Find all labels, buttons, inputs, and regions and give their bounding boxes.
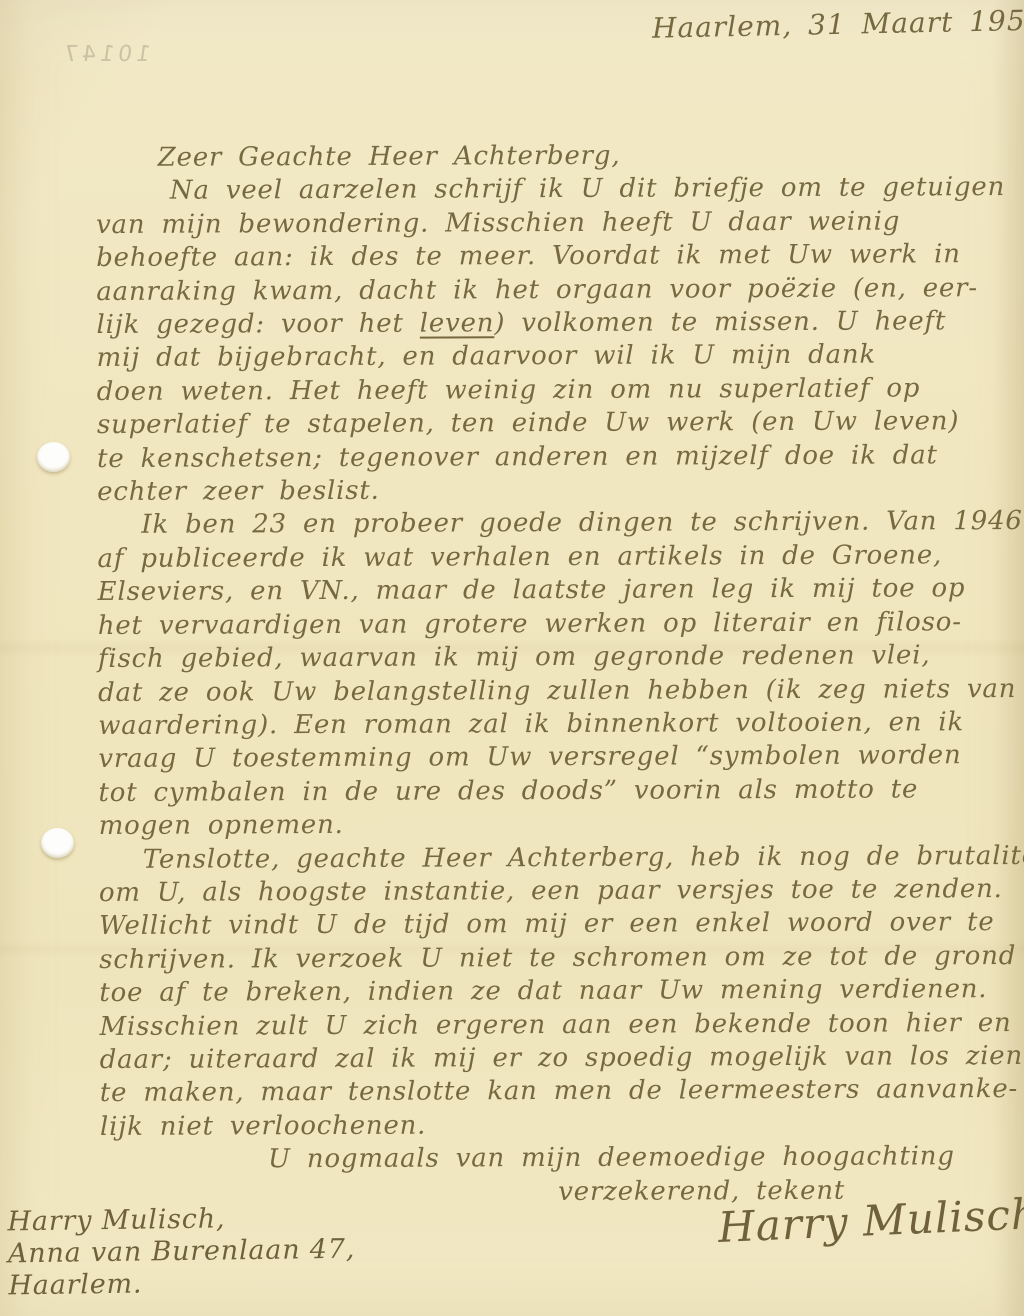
letter-line: Tenslotte, geachte Heer Achterberg, heb … (143, 840, 1017, 877)
underlined-word: leven (420, 308, 495, 338)
date-line: Haarlem, 31 Maart 1951 (652, 4, 1013, 45)
punch-hole-bottom (41, 828, 74, 858)
sender-address: Harry Mulisch, Anna van Burenlaan 47, Ha… (7, 1202, 355, 1303)
letter-line: superlatief te stapelen, ten einde Uw we… (97, 405, 1015, 442)
sender-city: Haarlem. (8, 1266, 356, 1303)
letter-line: daar; uiteraard zal ik mij er zo spoedig… (100, 1040, 1018, 1077)
letter-line: af publiceerde ik wat verhalen en artike… (97, 539, 1015, 576)
punch-hole-top (37, 442, 70, 472)
paragraph-3: Tenslotte, geachte Heer Achterberg, heb … (99, 840, 1018, 1145)
sender-name: Harry Mulisch, (7, 1202, 355, 1239)
letter-line: te kenschetsen; tegenover anderen en mij… (97, 439, 1015, 476)
letter-line: mij dat bijgebracht, en daarvoor wil ik … (97, 338, 1015, 375)
letter-line: Misschien zult U zich ergeren aan een be… (99, 1007, 1017, 1044)
letter-line-underlined: lijk gezegd: voor het leven) volkomen te… (96, 305, 1014, 342)
letter-line: lijk niet verloochenen. (100, 1107, 1018, 1144)
letter-line: om U, als hoogste instantie, een paar ve… (99, 873, 1017, 910)
letter-line: Wellicht vindt U de tijd om mij er een e… (99, 906, 1017, 943)
letter-line: Elseviers, en VN., maar de laatste jaren… (98, 572, 1016, 609)
letter-line: te maken, maar tenslotte kan men de leer… (100, 1073, 1018, 1110)
letter-line: aanraking kwam, dacht ik het orgaan voor… (96, 272, 1014, 309)
salutation: Zeer Geachte Heer Achterberg, (158, 138, 1014, 175)
letter-line: vraag U toestemming om Uw versregel “sym… (98, 739, 1016, 776)
letter-line: tot cymbalen in de ure des doods” voorin… (98, 773, 1016, 810)
line-segment: lijk gezegd: voor het (96, 309, 419, 340)
closing-line-1: U nogmaals van mijn deemoedige hoogachti… (268, 1140, 1018, 1177)
sender-street: Anna van Burenlaan 47, (8, 1234, 356, 1271)
letter-line: het vervaardigen van grotere werken op l… (98, 606, 1016, 643)
paragraph-2: Ik ben 23 en probeer goede dingen te sch… (97, 505, 1016, 843)
letter-line: dat ze ook Uw belangstelling zullen hebb… (98, 672, 1016, 709)
letter-page: { "document": { "kind": "handwritten let… (0, 0, 1024, 1316)
paragraph-1: Na veel aarzelen schrijf ik U dit briefj… (96, 171, 1015, 509)
letter-line: behoefte aan: ik des te meer. Voordat ik… (96, 238, 1014, 275)
letter-line: doen weten. Het heeft weinig zin om nu s… (97, 372, 1015, 409)
letter-line: echter zeer beslist. (97, 472, 1015, 509)
line-segment: ) volkomen te missen. U heeft (494, 306, 946, 338)
letter-line: schrijven. Ik verzoek U niet te schromen… (99, 940, 1017, 977)
letter-line: van mijn bewondering. Misschien heeft U … (96, 205, 1014, 242)
letter-line: waardering). Een roman zal ik binnenkort… (98, 706, 1016, 743)
letter-body: Zeer Geachte Heer Achterberg, Na veel aa… (96, 138, 1019, 1211)
letter-line: fisch gebied, waarvan ik mij om gegronde… (98, 639, 1016, 676)
letter-line: Ik ben 23 en probeer goede dingen te sch… (141, 505, 1015, 542)
archival-number: 10147 (58, 42, 152, 67)
letter-line: mogen opnemen. (99, 806, 1017, 843)
letter-line: Na veel aarzelen schrijf ik U dit briefj… (170, 171, 1014, 208)
letter-line: toe af te breken, indien ze dat naar Uw … (99, 973, 1017, 1010)
